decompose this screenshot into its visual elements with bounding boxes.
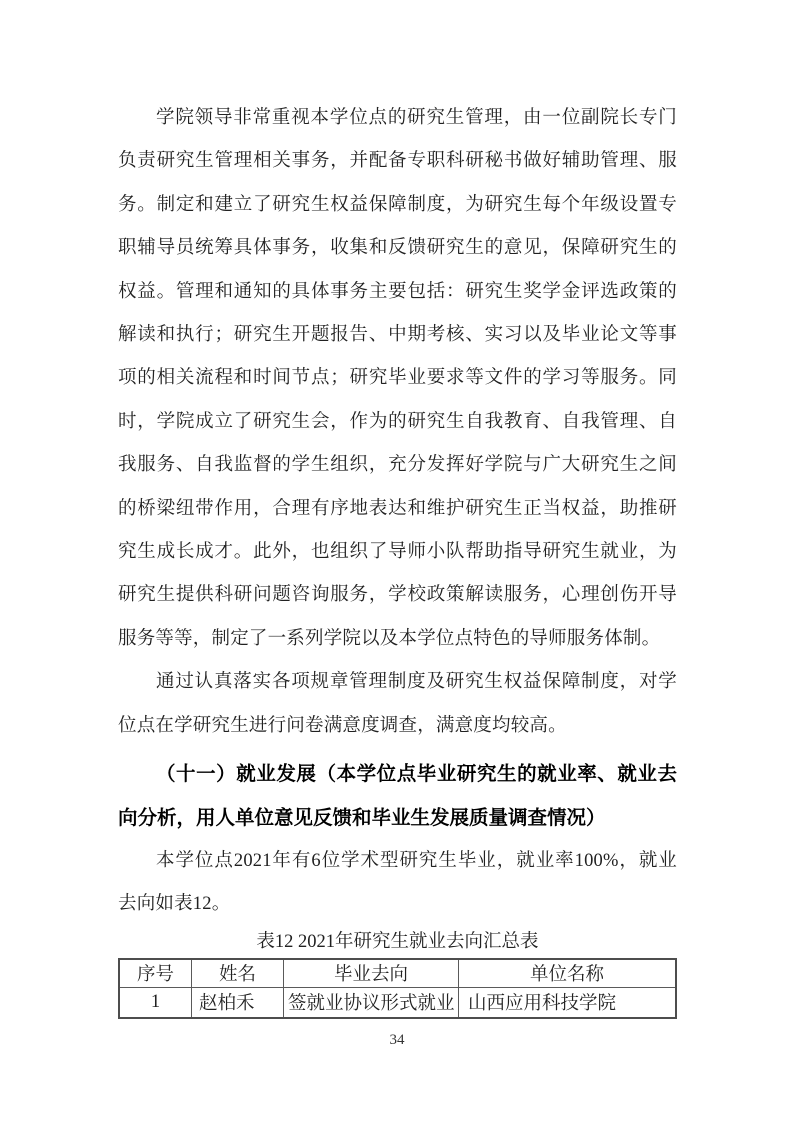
table-caption: 表12 2021年研究生就业去向汇总表 bbox=[118, 927, 677, 958]
cell-employer: 山西应用科技学院 bbox=[459, 987, 677, 1018]
table-header-row: 序号 姓名 毕业去向 单位名称 bbox=[119, 959, 676, 988]
header-cell-name: 姓名 bbox=[192, 959, 284, 988]
section-heading-employment-development: （十一）就业发展（本学位点毕业研究生的就业率、就业去向分析，用人单位意见反馈和毕… bbox=[118, 753, 677, 840]
cell-seq: 1 bbox=[119, 987, 192, 1018]
paragraph-employment-rate: 本学位点2021年有6位学术型研究生毕业，就业率100%，就业去向如表12。 bbox=[118, 840, 677, 927]
page-number: 34 bbox=[0, 1032, 794, 1049]
cell-destination: 签就业协议形式就业 bbox=[284, 987, 459, 1018]
cell-name: 赵柏禾 bbox=[192, 987, 284, 1018]
table-row: 1 赵柏禾 签就业协议形式就业 山西应用科技学院 bbox=[119, 987, 676, 1018]
header-cell-destination: 毕业去向 bbox=[284, 959, 459, 988]
document-page: 学院领导非常重视本学位点的研究生管理，由一位副院长专门负责研究生管理相关事务，并… bbox=[0, 0, 794, 1123]
paragraph-satisfaction-survey: 通过认真落实各项规章管理制度及研究生权益保障制度，对学位点在学研究生进行问卷满意… bbox=[118, 661, 677, 748]
header-cell-employer: 单位名称 bbox=[459, 959, 677, 988]
text-block: 学院领导非常重视本学位点的研究生管理，由一位副院长专门负责研究生管理相关事务，并… bbox=[118, 0, 677, 1019]
paragraph-graduate-management: 学院领导非常重视本学位点的研究生管理，由一位副院长专门负责研究生管理相关事务，并… bbox=[118, 97, 677, 661]
employment-destination-table: 序号 姓名 毕业去向 单位名称 1 赵柏禾 签就业协议形式就业 山西应用科技学院 bbox=[118, 958, 677, 1019]
header-cell-seq: 序号 bbox=[119, 959, 192, 988]
